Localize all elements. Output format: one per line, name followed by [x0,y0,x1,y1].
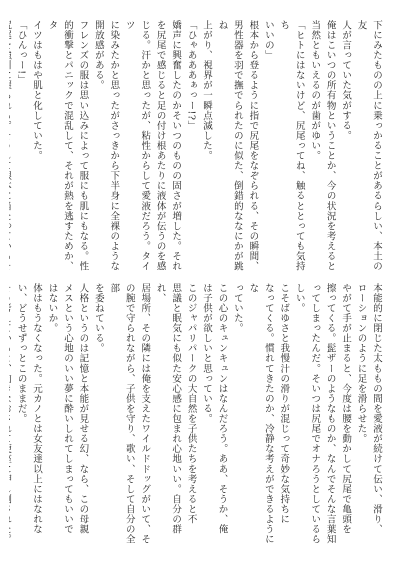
bottom-text-block: 本能的に閉じた太ももの間を愛液が続けて伝い、滑り、 ローションのように足を滑らせ… [9,283,384,549]
top-text-block: 下にみたものの上に乗っかることがあるらしい、本土の友 人が言っていた気がする。 … [9,20,384,273]
novel-page: 下にみたものの上に乗っかることがあるらしい、本土の友 人が言っていた気がする。 … [0,0,400,568]
